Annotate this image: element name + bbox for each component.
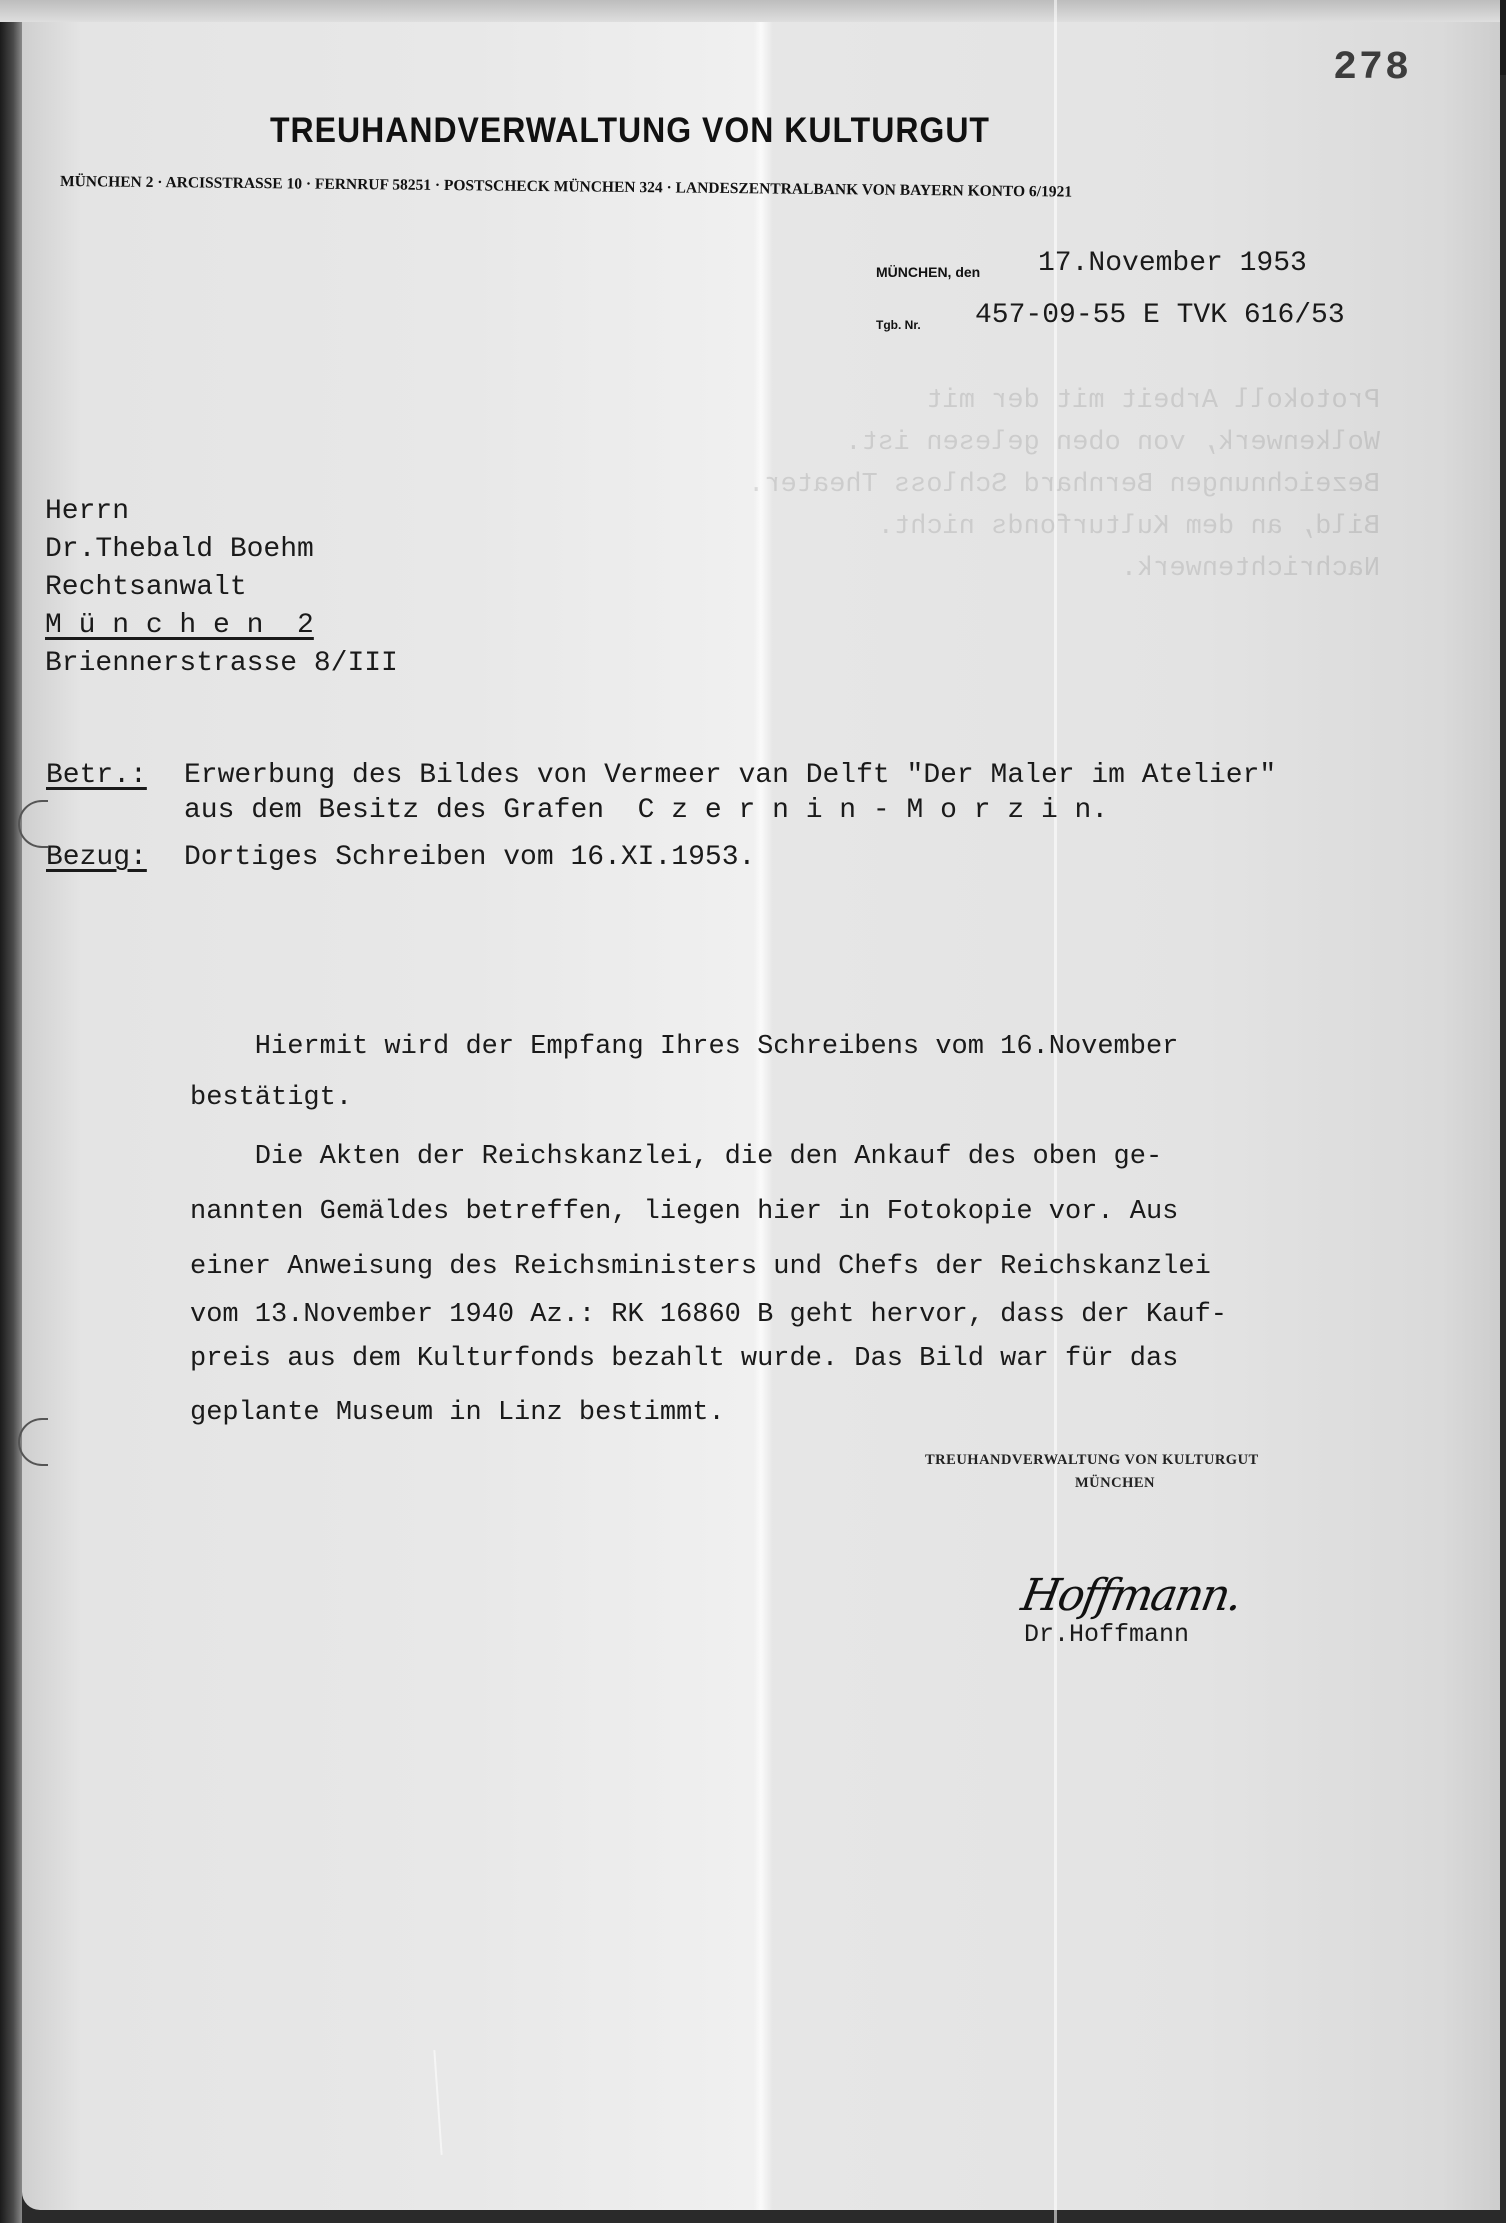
reference-label: Tgb. Nr. — [876, 318, 921, 332]
subject-line-1: Erwerbung des Bildes von Vermeer van Del… — [184, 760, 1276, 791]
subject-label: Betr.: — [46, 760, 147, 791]
scan-top-edge — [0, 0, 1506, 22]
body-paragraph-2-line: Die Akten der Reichskanzlei, die den Ank… — [190, 1142, 1162, 1172]
body-paragraph-2-line: einer Anweisung des Reichsministers und … — [190, 1252, 1211, 1282]
recipient-street: Briennerstrasse 8/III — [45, 648, 398, 679]
recipient-salutation: Herrn — [45, 496, 129, 527]
letter-date: 17.November 1953 — [1038, 248, 1307, 279]
subject-line-2: aus dem Besitz des Grafen C z e r n i n … — [184, 795, 1108, 826]
handwritten-signature: Hoffmann. — [1018, 1570, 1245, 1621]
office-stamp-line-1: TREUHANDVERWALTUNG VON KULTURGUT — [925, 1452, 1259, 1469]
letterhead-organization: TREUHANDVERWALTUNG VON KULTURGUT — [270, 110, 990, 151]
office-stamp-line-2: MÜNCHEN — [1075, 1475, 1155, 1492]
body-paragraph-2-line: geplante Museum in Linz bestimmt. — [190, 1398, 725, 1428]
body-paragraph-2-line: nannten Gemäldes betreffen, liegen hier … — [190, 1197, 1178, 1227]
bleed-through-text: Protokoll Arbeit mit der mit Wolkenwerk,… — [280, 380, 1380, 640]
scan-left-edge — [0, 0, 22, 2223]
scan-right-edge — [1500, 0, 1506, 75]
recipient-title: Rechtsanwalt — [45, 572, 247, 603]
paper-fold-line — [1054, 0, 1057, 2223]
reference-letter-text: Dortiges Schreiben vom 16.XI.1953. — [184, 842, 755, 873]
body-paragraph-1-line: bestätigt. — [190, 1083, 352, 1113]
recipient-city: M ü n c h e n 2 — [45, 610, 314, 641]
page-number-stamp: 278 — [1333, 46, 1411, 91]
reference-number: 457-09-55 E TVK 616/53 — [975, 300, 1345, 331]
body-paragraph-2-line: vom 13.November 1940 Az.: RK 16860 B geh… — [190, 1300, 1227, 1330]
body-paragraph-1-line: Hiermit wird der Empfang Ihres Schreiben… — [190, 1032, 1178, 1062]
place-label: MÜNCHEN, den — [876, 264, 980, 280]
signer-name: Dr.Hoffmann — [1024, 1620, 1189, 1649]
body-paragraph-2-line: preis aus dem Kulturfonds bezahlt wurde.… — [190, 1344, 1178, 1374]
reference-letter-label: Bezug: — [46, 842, 147, 873]
recipient-name: Dr.Thebald Boehm — [45, 534, 314, 565]
